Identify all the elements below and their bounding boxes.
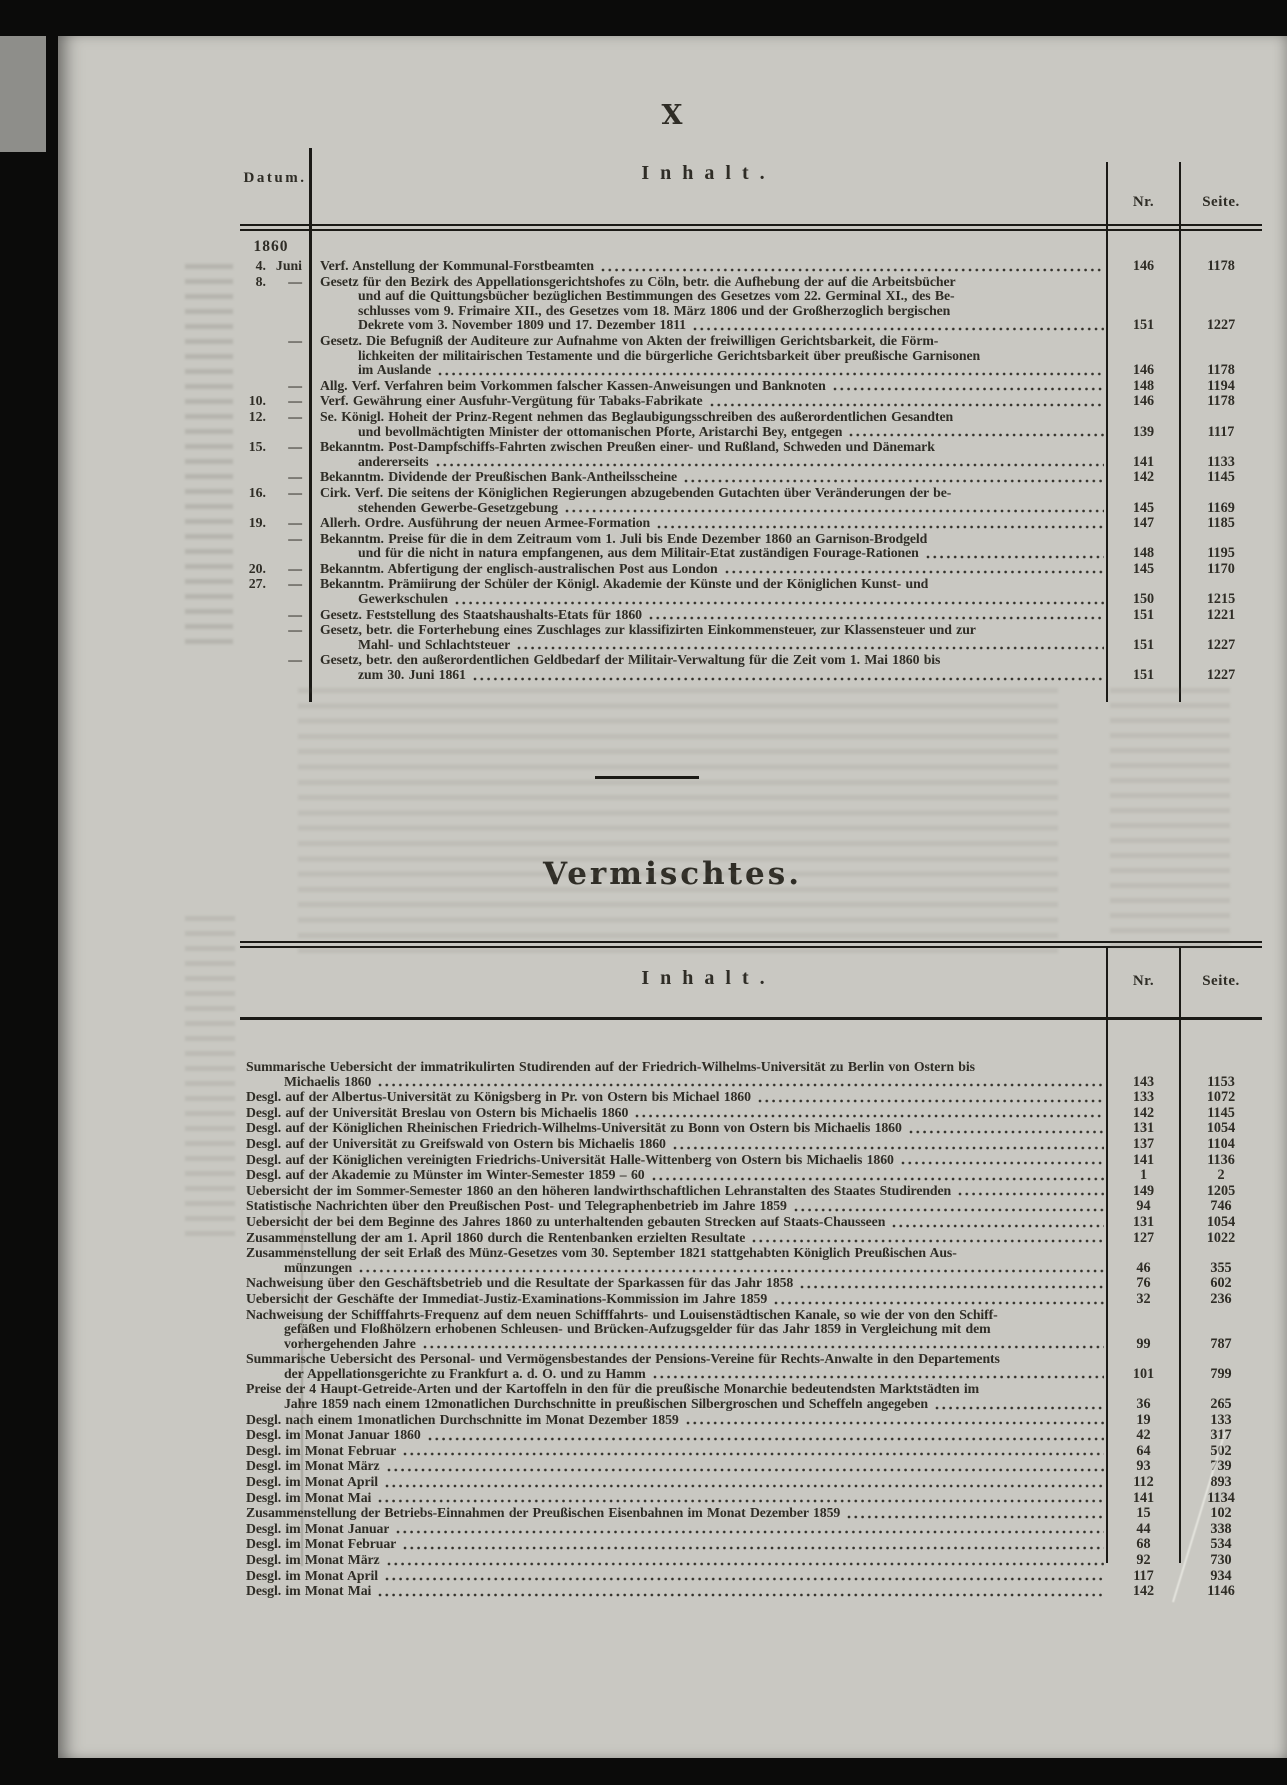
entry-text: Nachweisung über den Geschäftsbetrieb un… — [246, 1276, 793, 1291]
dot-leader — [649, 616, 1104, 620]
dot-leader — [396, 1530, 1104, 1534]
entry-text: Desgl. im Monat Februar — [246, 1537, 396, 1552]
column-header-nr: Nr. — [1107, 194, 1180, 211]
bleed-through-numbers — [185, 916, 235, 1246]
date-day — [240, 470, 266, 485]
entry-text: Cirk. Verf. Die seitens der Königlichen … — [320, 486, 951, 501]
entry-nr: 141 — [1107, 1153, 1180, 1168]
entry-line: Desgl. auf der Universität zu Greifswald… — [246, 1137, 1107, 1152]
entry-text: im Auslande — [358, 363, 431, 378]
entry-line: im Auslande — [320, 363, 1107, 378]
entry-nr: 142 — [1107, 1106, 1180, 1121]
entry-text: Gesetz für den Bezirk des Appellationsge… — [320, 275, 956, 290]
entry-text: Bekanntm. Abfertigung der englisch-austr… — [320, 562, 718, 577]
entry-text: Bekanntm. Preise für die in dem Zeitraum… — [320, 532, 927, 547]
entry-nr: 1 — [1107, 1168, 1180, 1183]
entry-content: Nachweisung der Schifffahrts-Frequenz au… — [240, 1308, 1107, 1352]
year-label: 1860 — [240, 238, 302, 256]
entry-date: — — [240, 532, 310, 547]
entry-nr: 101 — [1107, 1367, 1180, 1382]
entry-seite: 1133 — [1180, 455, 1262, 470]
entry-line: Gewerkschulen — [320, 592, 1107, 607]
entry-line: Desgl. im Monat April — [246, 1475, 1107, 1490]
entry-line: andererseits — [320, 455, 1107, 470]
table-row: Desgl. auf der Universität zu Greifswald… — [240, 1137, 1262, 1152]
entry-text: schlusses vom 9. Frimaire XII., des Gese… — [358, 304, 950, 319]
table-row: Preise der 4 Haupt-Getreide-Arten und de… — [240, 1382, 1262, 1411]
table-row: Desgl. im Monat April112893 — [240, 1475, 1262, 1490]
column-header-datum: Datum. — [240, 170, 310, 187]
entry-line: Summarische Uebersicht der immatrikulirt… — [246, 1060, 1107, 1075]
entry-line: Uebersicht der Geschäfte der Immediat-Ju… — [246, 1292, 1107, 1307]
entry-nr: 149 — [1107, 1184, 1180, 1199]
dot-leader — [673, 1146, 1104, 1150]
entry-line: Bekanntm. Prämiirung der Schüler der Kön… — [320, 577, 1107, 592]
dot-leader — [652, 1177, 1104, 1181]
entry-line: Summarische Uebersicht des Personal- und… — [246, 1352, 1107, 1367]
entry-line: Desgl. auf der Akademie zu Münster im Wi… — [246, 1168, 1107, 1183]
table-row: Desgl. im Monat Januar44338 — [240, 1522, 1262, 1537]
entry-content: Desgl. im Monat April — [240, 1569, 1107, 1584]
date-dash: Juni — [266, 259, 310, 274]
entry-date: 8.— — [240, 275, 310, 290]
entry-line: schlusses vom 9. Frimaire XII., des Gese… — [320, 304, 1107, 319]
entry-content: Cirk. Verf. Die seitens der Königlichen … — [310, 486, 1107, 515]
entry-nr: 150 — [1107, 592, 1180, 607]
table-row: Desgl. im Monat Mai1411134 — [240, 1491, 1262, 1506]
date-dash: — — [266, 562, 310, 577]
entry-text: zum 30. Juni 1861 — [358, 668, 466, 683]
entry-text: Desgl. im Monat März — [246, 1459, 380, 1474]
dot-leader — [926, 555, 1104, 559]
entry-content: Desgl. im Monat Januar 1860 — [240, 1428, 1107, 1443]
entry-line: und bevollmächtigten Minister der ottoma… — [320, 425, 1107, 440]
table-row: —Bekanntm. Preise für die in dem Zeitrau… — [240, 532, 1262, 561]
table-row: 8.—Gesetz für den Bezirk des Appellation… — [240, 275, 1262, 333]
dot-leader — [892, 1224, 1104, 1228]
entry-nr: 36 — [1107, 1397, 1180, 1412]
dot-leader — [385, 1484, 1104, 1488]
entry-seite: 1227 — [1180, 318, 1262, 333]
entry-content: Desgl. im Monat Februar — [240, 1444, 1107, 1459]
entry-line: Gesetz für den Bezirk des Appellationsge… — [320, 275, 1107, 290]
entry-text: andererseits — [358, 455, 429, 470]
entry-line: Bekanntm. Post-Dampfschiffs-Fahrten zwis… — [320, 440, 1107, 455]
entry-line: Desgl. auf der Universität Breslau von O… — [246, 1106, 1107, 1121]
dot-leader — [455, 601, 1104, 605]
entry-text: Desgl. auf der Universität Breslau von O… — [246, 1106, 628, 1121]
entry-content: Desgl. im Monat Februar — [240, 1537, 1107, 1552]
entry-nr: 133 — [1107, 1090, 1180, 1105]
entry-line: Desgl. im Monat Mai — [246, 1584, 1107, 1599]
table-row: Desgl. auf der Königlichen Rheinischen F… — [240, 1121, 1262, 1136]
entry-date: — — [240, 608, 310, 623]
entry-content: Desgl. auf der Albertus-Universität zu K… — [240, 1090, 1107, 1105]
dot-leader — [935, 1406, 1104, 1410]
entry-content: Desgl. auf der Akademie zu Münster im Wi… — [240, 1168, 1107, 1183]
entry-seite: 1145 — [1180, 470, 1262, 485]
entry-line: Statistische Nachrichten über den Preußi… — [246, 1199, 1107, 1214]
table-row: —Gesetz, betr. den außerordentlichen Gel… — [240, 653, 1262, 682]
table-row: Desgl. im Monat Mai1421146 — [240, 1584, 1262, 1599]
entry-nr: 141 — [1107, 1491, 1180, 1506]
entry-line: Desgl. im Monat Januar 1860 — [246, 1428, 1107, 1443]
entry-seite: 934 — [1180, 1569, 1262, 1584]
date-day: 8. — [240, 275, 266, 290]
table-row: Statistische Nachrichten über den Preußi… — [240, 1199, 1262, 1214]
entry-text: und für die nicht in natura empfangenen,… — [358, 546, 919, 561]
entry-content: Zusammenstellung der seit Erlaß des Münz… — [240, 1246, 1107, 1275]
table-row: Zusammenstellung der Betriebs-Einnahmen … — [240, 1506, 1262, 1521]
entry-nr: 32 — [1107, 1292, 1180, 1307]
column-header-seite: Seite. — [1180, 973, 1262, 990]
date-dash: — — [266, 577, 310, 592]
date-dash: — — [266, 516, 310, 531]
table-row: Nachweisung über den Geschäftsbetrieb un… — [240, 1276, 1262, 1291]
entry-line: gefäßen und Floßhölzern erhobenen Schleu… — [246, 1322, 1107, 1337]
entry-line: Verf. Gewährung einer Ausfuhr-Vergütung … — [320, 394, 1107, 409]
dot-leader — [403, 1546, 1104, 1550]
table-row: Summarische Uebersicht des Personal- und… — [240, 1352, 1262, 1381]
entry-nr: 148 — [1107, 546, 1180, 561]
entry-line: Zusammenstellung der seit Erlaß des Münz… — [246, 1246, 1107, 1261]
entry-text: Desgl. auf der Königlichen vereinigten F… — [246, 1153, 894, 1168]
entry-seite: 1022 — [1180, 1231, 1262, 1246]
entry-text: Desgl. auf der Albertus-Universität zu K… — [246, 1090, 751, 1105]
entry-nr: 137 — [1107, 1137, 1180, 1152]
dot-leader — [657, 525, 1104, 529]
table-row: Desgl. im Monat März92730 — [240, 1553, 1262, 1568]
date-dash: — — [266, 623, 310, 638]
date-day: 10. — [240, 394, 266, 409]
entry-content: Zusammenstellung der Betriebs-Einnahmen … — [240, 1506, 1107, 1521]
dot-leader — [684, 479, 1104, 483]
entry-text: Desgl. im Monat April — [246, 1475, 378, 1490]
entry-nr: 68 — [1107, 1537, 1180, 1552]
entry-content: Gesetz, betr. die Forterhebung eines Zus… — [310, 623, 1107, 652]
entry-line: und für die nicht in natura empfangenen,… — [320, 546, 1107, 561]
entry-nr: 139 — [1107, 425, 1180, 440]
bleed-through-rule — [301, 1196, 303, 1566]
entry-content: Desgl. auf der Königlichen vereinigten F… — [240, 1153, 1107, 1168]
entry-line: und auf die Quittungsbücher bezüglichen … — [320, 289, 1107, 304]
entry-nr: 44 — [1107, 1522, 1180, 1537]
contents-table-vermischtes: Inhalt. Nr. Seite. Summarische Uebersich… — [240, 941, 1262, 1601]
entry-content: Desgl. auf der Universität Breslau von O… — [240, 1106, 1107, 1121]
table1-body: 1860 4.JuniVerf. Anstellung der Kommunal… — [240, 238, 1262, 683]
entry-nr: 141 — [1107, 455, 1180, 470]
table-row: 4.JuniVerf. Anstellung der Kommunal-Fors… — [240, 259, 1262, 274]
entry-nr: 151 — [1107, 638, 1180, 653]
table-row: Uebersicht der Geschäfte der Immediat-Ju… — [240, 1292, 1262, 1307]
date-dash: — — [266, 470, 310, 485]
entry-line: Desgl. auf der Königlichen Rheinischen F… — [246, 1121, 1107, 1136]
entry-content: Allg. Verf. Verfahren beim Vorkommen fal… — [310, 379, 1107, 394]
entry-text: Desgl. auf der Akademie zu Münster im Wi… — [246, 1168, 645, 1183]
date-dash: — — [266, 440, 310, 455]
entry-line: Michaelis 1860 — [246, 1075, 1107, 1090]
date-dash: — — [266, 394, 310, 409]
entry-seite: 1153 — [1180, 1075, 1262, 1090]
entry-seite: 1146 — [1180, 1584, 1262, 1599]
entry-seite: 1054 — [1180, 1121, 1262, 1136]
entry-text: gefäßen und Floßhölzern erhobenen Schleu… — [284, 1322, 991, 1337]
entry-nr: 131 — [1107, 1215, 1180, 1230]
entry-content: Gesetz für den Bezirk des Appellationsge… — [310, 275, 1107, 333]
table-row: Nachweisung der Schifffahrts-Frequenz au… — [240, 1308, 1262, 1352]
dot-leader — [693, 327, 1104, 331]
entry-content: Bekanntm. Abfertigung der englisch-austr… — [310, 562, 1107, 577]
entry-date: 10.— — [240, 394, 310, 409]
dot-leader — [849, 433, 1104, 437]
dot-leader — [601, 268, 1104, 272]
dot-leader — [359, 1269, 1104, 1273]
entry-text: Desgl. nach einem 1monatlichen Durchschn… — [246, 1413, 679, 1428]
entry-seite: 1145 — [1180, 1106, 1262, 1121]
entry-seite: 1170 — [1180, 562, 1262, 577]
entry-line: Verf. Anstellung der Kommunal-Forstbeamt… — [320, 259, 1107, 274]
entry-line: Desgl. nach einem 1monatlichen Durchschn… — [246, 1413, 1107, 1428]
entry-seite: 1215 — [1180, 592, 1262, 607]
dot-leader — [635, 1114, 1104, 1118]
table-row: Uebersicht der im Sommer-Semester 1860 a… — [240, 1184, 1262, 1199]
entry-nr: 145 — [1107, 562, 1180, 577]
table-row: —Bekanntm. Dividende der Preußischen Ban… — [240, 470, 1262, 485]
entry-line: Nachweisung über den Geschäftsbetrieb un… — [246, 1276, 1107, 1291]
entry-date: 16.— — [240, 486, 310, 501]
entry-text: Allerh. Ordre. Ausführung der neuen Arme… — [320, 516, 650, 531]
entry-line: Desgl. im Monat März — [246, 1459, 1107, 1474]
entry-date: — — [240, 334, 310, 349]
dot-leader — [565, 509, 1104, 513]
date-dash: — — [266, 334, 310, 349]
entry-seite: 739 — [1180, 1459, 1262, 1474]
entry-content: Bekanntm. Post-Dampfschiffs-Fahrten zwis… — [310, 440, 1107, 469]
entry-seite: 746 — [1180, 1199, 1262, 1214]
table-row: Desgl. auf der Akademie zu Münster im Wi… — [240, 1168, 1262, 1183]
entry-text: münzungen — [284, 1261, 352, 1276]
date-day: 12. — [240, 410, 266, 425]
entry-text: Michaelis 1860 — [284, 1075, 371, 1090]
table-row: Desgl. auf der Universität Breslau von O… — [240, 1106, 1262, 1121]
entry-line: Zusammenstellung der am 1. April 1860 du… — [246, 1231, 1107, 1246]
entry-line: Gesetz, betr. die Forterhebung eines Zus… — [320, 623, 1107, 638]
table-row: —Allg. Verf. Verfahren beim Vorkommen fa… — [240, 379, 1262, 394]
table-row: Zusammenstellung der am 1. April 1860 du… — [240, 1231, 1262, 1246]
entry-line: der Appellationsgerichte zu Frankfurt a.… — [246, 1367, 1107, 1382]
entry-seite: 1178 — [1180, 394, 1262, 409]
entry-seite: 1194 — [1180, 379, 1262, 394]
dot-leader — [378, 1593, 1104, 1597]
entry-line: Allerh. Ordre. Ausführung der neuen Arme… — [320, 516, 1107, 531]
entry-line: Desgl. im Monat Mai — [246, 1491, 1107, 1506]
entry-line: Bekanntm. Abfertigung der englisch-austr… — [320, 562, 1107, 577]
bleed-through-numbers — [1110, 688, 1230, 948]
entry-content: Verf. Anstellung der Kommunal-Forstbeamt… — [310, 259, 1107, 274]
entry-line: Bekanntm. Preise für die in dem Zeitraum… — [320, 532, 1107, 547]
section-divider-rule — [595, 776, 699, 779]
scan-border-bottom — [0, 1758, 1287, 1785]
entry-date: 15.— — [240, 440, 310, 455]
entry-content: Gesetz. Die Befugniß der Auditeure zur A… — [310, 334, 1107, 378]
table-row: —Gesetz. Die Befugniß der Auditeure zur … — [240, 334, 1262, 378]
table-row: Desgl. im Monat April117934 — [240, 1569, 1262, 1584]
entry-text: Desgl. auf der Königlichen Rheinischen F… — [246, 1121, 902, 1136]
entry-content: Uebersicht der Geschäfte der Immediat-Ju… — [240, 1292, 1107, 1307]
entry-text: vorhergehenden Jahre — [284, 1337, 416, 1352]
table-row: 16.—Cirk. Verf. Die seitens der Königlic… — [240, 486, 1262, 515]
entry-text: Desgl. im Monat Januar — [246, 1522, 389, 1537]
section-heading: Vermischtes. — [58, 856, 1287, 892]
entry-seite: 1134 — [1180, 1491, 1262, 1506]
table-row: —Gesetz, betr. die Forterhebung eines Zu… — [240, 623, 1262, 652]
entry-nr: 146 — [1107, 363, 1180, 378]
entry-text: Desgl. im Monat April — [246, 1569, 378, 1584]
column-header-inhalt: Inhalt. — [310, 162, 1107, 185]
table-row: —Gesetz. Feststellung des Staatshaushalt… — [240, 608, 1262, 623]
entry-text: Gesetz. Die Befugniß der Auditeure zur A… — [320, 334, 938, 349]
entry-text: Preise der 4 Haupt-Getreide-Arten und de… — [246, 1382, 979, 1397]
entry-nr: 94 — [1107, 1199, 1180, 1214]
dot-leader — [438, 372, 1104, 376]
entry-seite: 1178 — [1180, 259, 1262, 274]
entry-line: Desgl. im Monat April — [246, 1569, 1107, 1584]
entry-text: Desgl. im Monat Mai — [246, 1584, 371, 1599]
entry-seite: 1221 — [1180, 608, 1262, 623]
entry-text: lichkeiten der militairischen Testamente… — [358, 349, 980, 364]
entry-content: Nachweisung über den Geschäftsbetrieb un… — [240, 1276, 1107, 1291]
entry-content: Desgl. nach einem 1monatlichen Durchschn… — [240, 1413, 1107, 1428]
entry-line: Allg. Verf. Verfahren beim Vorkommen fal… — [320, 379, 1107, 394]
dot-leader — [901, 1161, 1104, 1165]
date-dash: — — [266, 275, 310, 290]
entry-seite: 1169 — [1180, 501, 1262, 516]
entry-content: Desgl. auf der Königlichen Rheinischen F… — [240, 1121, 1107, 1136]
table-row: 27.—Bekanntm. Prämiirung der Schüler der… — [240, 577, 1262, 606]
dot-leader — [473, 677, 1104, 681]
document-page: X Datum. Inhalt. Nr. Seite. 1860 4.JuniV… — [58, 36, 1287, 1758]
entry-line: Desgl. auf der Albertus-Universität zu K… — [246, 1090, 1107, 1105]
table-row: 10.—Verf. Gewährung einer Ausfuhr-Vergüt… — [240, 394, 1262, 409]
entry-text: Desgl. im Monat Januar 1860 — [246, 1428, 421, 1443]
dot-leader — [847, 1515, 1104, 1519]
entry-content: Gesetz. Feststellung des Staatshaushalts… — [310, 608, 1107, 623]
entry-content: Summarische Uebersicht des Personal- und… — [240, 1352, 1107, 1381]
table-row: Desgl. auf der Königlichen vereinigten F… — [240, 1153, 1262, 1168]
entry-nr: 117 — [1107, 1569, 1180, 1584]
dot-leader — [387, 1562, 1104, 1566]
entry-line: Jahre 1859 nach einem 12monatlichen Durc… — [246, 1397, 1107, 1412]
entry-line: münzungen — [246, 1261, 1107, 1276]
bleed-through-text — [298, 688, 1058, 956]
entry-text: Statistische Nachrichten über den Preußi… — [246, 1199, 787, 1214]
entry-content: Desgl. im Monat Mai — [240, 1584, 1107, 1599]
table-row: 15.—Bekanntm. Post-Dampfschiffs-Fahrten … — [240, 440, 1262, 469]
entry-text: Gesetz, betr. die Forterhebung eines Zus… — [320, 623, 976, 638]
entry-content: Bekanntm. Dividende der Preußischen Bank… — [310, 470, 1107, 485]
date-day: 20. — [240, 562, 266, 577]
date-day — [240, 379, 266, 394]
entry-nr: 15 — [1107, 1506, 1180, 1521]
date-day — [240, 653, 266, 668]
dot-leader — [428, 1437, 1104, 1441]
entry-line: Desgl. im Monat März — [246, 1553, 1107, 1568]
entry-text: Bekanntm. Prämiirung der Schüler der Kön… — [320, 577, 928, 592]
entry-seite: 355 — [1180, 1261, 1262, 1276]
entry-text: Zusammenstellung der am 1. April 1860 du… — [246, 1231, 745, 1246]
entry-line: Gesetz, betr. den außerordentlichen Geld… — [320, 653, 1107, 668]
entry-text: Uebersicht der im Sommer-Semester 1860 a… — [246, 1184, 951, 1199]
entry-nr: 42 — [1107, 1428, 1180, 1443]
entry-seite: 236 — [1180, 1292, 1262, 1307]
entry-line: Se. Königl. Hoheit der Prinz-Regent nehm… — [320, 410, 1107, 425]
entry-line: zum 30. Juni 1861 — [320, 668, 1107, 683]
entry-nr: 142 — [1107, 470, 1180, 485]
entry-text: Uebersicht der bei dem Beginne des Jahre… — [246, 1215, 885, 1230]
entry-nr: 143 — [1107, 1075, 1180, 1090]
entry-nr: 146 — [1107, 394, 1180, 409]
entry-text: Desgl. auf der Universität zu Greifswald… — [246, 1137, 666, 1152]
entry-content: Preise der 4 Haupt-Getreide-Arten und de… — [240, 1382, 1107, 1411]
entry-nr: 142 — [1107, 1584, 1180, 1599]
entry-line: Zusammenstellung der Betriebs-Einnahmen … — [246, 1506, 1107, 1521]
entry-text: Nachweisung der Schifffahrts-Frequenz au… — [246, 1308, 998, 1323]
entry-text: Desgl. im Monat Februar — [246, 1444, 396, 1459]
entry-date: 12.— — [240, 410, 310, 425]
entry-seite: 1104 — [1180, 1137, 1262, 1152]
entry-text: Zusammenstellung der seit Erlaß des Münz… — [246, 1246, 957, 1261]
dot-leader — [909, 1130, 1104, 1134]
entry-line: Uebersicht der bei dem Beginne des Jahre… — [246, 1215, 1107, 1230]
table-row: 19.—Allerh. Ordre. Ausführung der neuen … — [240, 516, 1262, 531]
date-day — [240, 532, 266, 547]
dot-leader — [517, 646, 1104, 650]
entry-text: Gesetz, betr. den außerordentlichen Geld… — [320, 653, 940, 668]
entry-date: 4.Juni — [240, 259, 310, 274]
column-header-nr: Nr. — [1107, 973, 1180, 990]
dot-leader — [378, 1083, 1104, 1087]
entry-text: Gesetz. Feststellung des Staatshaushalts… — [320, 608, 642, 623]
entry-text: und auf die Quittungsbücher bezüglichen … — [358, 289, 955, 304]
entry-nr: 112 — [1107, 1475, 1180, 1490]
bleed-through-numbers — [185, 264, 233, 644]
entry-seite: 1072 — [1180, 1090, 1262, 1105]
entry-seite: 1136 — [1180, 1153, 1262, 1168]
entry-line: Cirk. Verf. Die seitens der Königlichen … — [320, 486, 1107, 501]
entry-nr: 147 — [1107, 516, 1180, 531]
table-row: Summarische Uebersicht der immatrikulirt… — [240, 1060, 1262, 1089]
scan-corner-patch — [0, 36, 46, 152]
date-day: 15. — [240, 440, 266, 455]
dot-leader — [833, 387, 1104, 391]
entry-text: Zusammenstellung der Betriebs-Einnahmen … — [246, 1506, 840, 1521]
header-double-rule — [240, 941, 1262, 948]
date-day — [240, 623, 266, 638]
entry-line: stehenden Gewerbe-Gesetzgebung — [320, 501, 1107, 516]
entry-nr: 148 — [1107, 379, 1180, 394]
date-day — [240, 608, 266, 623]
entry-nr: 99 — [1107, 1337, 1180, 1352]
table-row: 20.—Bekanntm. Abfertigung der englisch-a… — [240, 562, 1262, 577]
entry-text: Jahre 1859 nach einem 12monatlichen Durc… — [284, 1397, 928, 1412]
entry-seite: 602 — [1180, 1276, 1262, 1291]
entry-date: — — [240, 379, 310, 394]
entry-content: Zusammenstellung der am 1. April 1860 du… — [240, 1231, 1107, 1246]
table2-body: Summarische Uebersicht der immatrikulirt… — [240, 1059, 1262, 1599]
dot-leader — [758, 1099, 1104, 1103]
date-day: 27. — [240, 577, 266, 592]
entry-nr: 151 — [1107, 668, 1180, 683]
